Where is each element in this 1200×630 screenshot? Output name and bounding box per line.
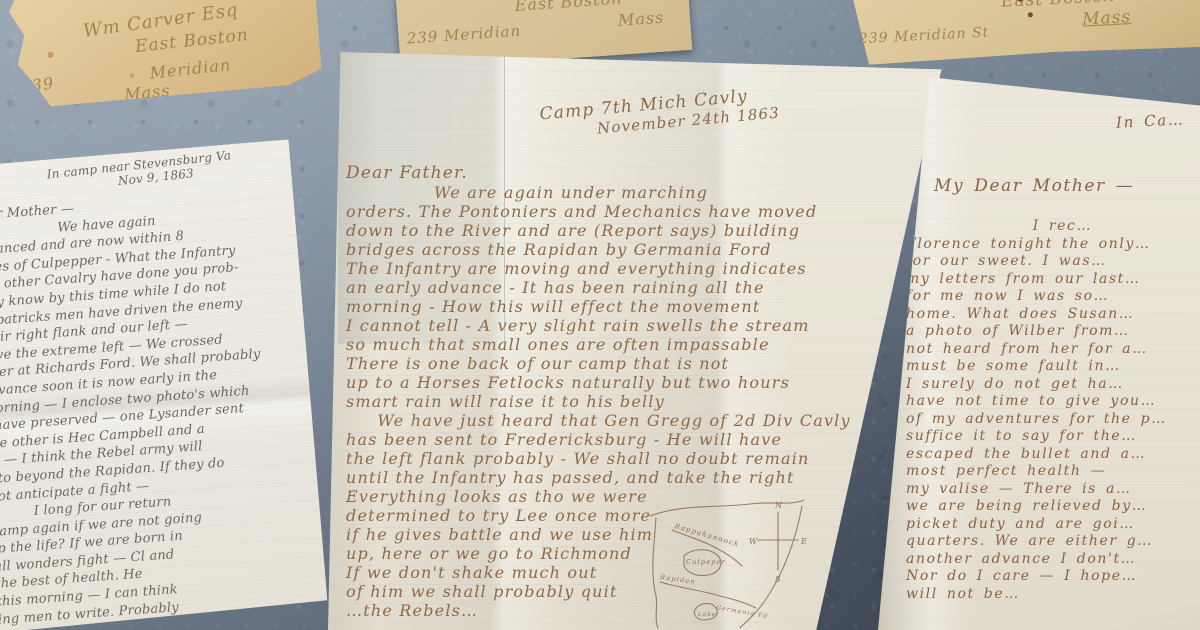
handwritten-lines: I rec…Florence tonight the only…for our … — [906, 218, 1167, 603]
salutation: My Dear Mother — — [934, 176, 1134, 196]
stain-spot — [1028, 12, 1033, 17]
handwritten-line: must be some fault in… — [906, 358, 1167, 376]
handwritten-line: bridges across the Rapidan by Germania F… — [346, 240, 851, 259]
handwritten-line: I surely do not get ha… — [906, 376, 1167, 394]
handwritten-line: for our sweet. I was… — [906, 253, 1167, 271]
salutation: Dear Father. — [346, 164, 851, 183]
handwritten-line: another advance I don't… — [906, 551, 1167, 569]
handwritten-line: home. What does Susan… — [906, 306, 1167, 324]
handwritten-line: There is one back of our camp that is no… — [346, 354, 851, 373]
envelope-address-line: East Boston — [514, 0, 623, 15]
handwritten-line: have not time to give you… — [906, 393, 1167, 411]
photo-of-civil-war-letters: Wm Carver Esq East Boston 239 Meridian ,… — [0, 0, 1200, 630]
handwritten-line: so much that small ones are often impass… — [346, 335, 851, 354]
handwritten-line: smart rain will raise it to his belly — [346, 392, 851, 411]
handwritten-line: of my adventures for the p… — [906, 411, 1167, 429]
compass-east: E — [800, 537, 808, 546]
hand-drawn-map-sketch: N S W E Rappahannock Culpeper Rapidan Ge… — [646, 478, 810, 630]
handwritten-line: morning - How this will effect the movem… — [346, 297, 851, 316]
map-label-lake: Lake — [697, 612, 716, 618]
handwritten-line: my valise — There is a… — [906, 481, 1167, 499]
handwritten-line: my letters from our last… — [906, 271, 1167, 289]
handwritten-line: an early advance - It has been raining a… — [346, 278, 851, 297]
map-label-culpeper: Culpeper — [686, 558, 726, 566]
letter-body: Dear Mother — We have againadvanced and … — [0, 188, 278, 629]
rapidan-river-line — [660, 582, 756, 608]
letter-right: In Ca… My Dear Mother — I rec…Florence t… — [878, 66, 1200, 630]
handwritten-line: a photo of Wilber from… — [906, 323, 1167, 341]
handwritten-line: has been sent to Fredericksburg - He wil… — [346, 430, 851, 449]
handwritten-line: suffice it to say for the… — [906, 428, 1167, 446]
letter-body: I rec…Florence tonight the only…for our … — [906, 218, 1167, 603]
handwritten-line: I rec… — [906, 218, 1167, 236]
handwritten-line: for me now I was so… — [906, 288, 1167, 306]
handwritten-line: up to a Horses Fetlocks naturally but tw… — [346, 373, 851, 392]
map-label-rappahannock: Rappahannock — [672, 522, 740, 548]
envelope-address-line: Mass — [1082, 7, 1132, 30]
handwritten-line: the left flank probably - We shall no do… — [346, 449, 851, 468]
envelope-address-line: 239 Meridian — [406, 22, 522, 48]
compass-west: W — [749, 537, 758, 546]
compass-south: S — [775, 575, 782, 584]
handwritten-line: Nor do I care — I hope… — [906, 568, 1167, 586]
handwritten-line: picket duty and are goi… — [906, 516, 1167, 534]
envelope-address-line: 239 Meridian St — [859, 24, 990, 47]
map-boundary-left — [653, 518, 658, 628]
handwritten-line: down to the River and are (Report says) … — [346, 221, 851, 240]
handwritten-line: We are again under marching — [346, 183, 851, 202]
handwritten-line: The Infantry are moving and everything i… — [346, 259, 851, 278]
handwritten-line: quarters. We are either g… — [906, 533, 1167, 551]
letter-left: In camp near Stevensburg Va Nov 9, 1863 … — [0, 139, 328, 630]
handwritten-line: We have just heard that Gen Gregg of 2d … — [346, 411, 851, 430]
handwritten-line: escaped the bullet and a… — [906, 446, 1167, 464]
handwritten-line: orders. The Pontoniers and Mechanics hav… — [346, 202, 851, 221]
stain-spot — [47, 52, 54, 59]
handwritten-line: not heard from her for a… — [906, 341, 1167, 359]
letter-dateline: In Ca… — [1115, 110, 1184, 132]
handwritten-line: will not be… — [906, 586, 1167, 604]
map-label-rapidan: Rapidan — [659, 573, 697, 586]
handwritten-line: most perfect health — — [906, 463, 1167, 481]
compass-north: N — [774, 501, 783, 510]
envelope-address-line: Mass — [617, 8, 665, 30]
handwritten-line: Florence tonight the only… — [906, 236, 1167, 254]
handwritten-line: I cannot tell - A very slight rain swell… — [346, 316, 851, 335]
handwritten-lines: We have againadvanced and are now within… — [0, 206, 278, 629]
handwritten-line: we are being relieved by… — [906, 498, 1167, 516]
